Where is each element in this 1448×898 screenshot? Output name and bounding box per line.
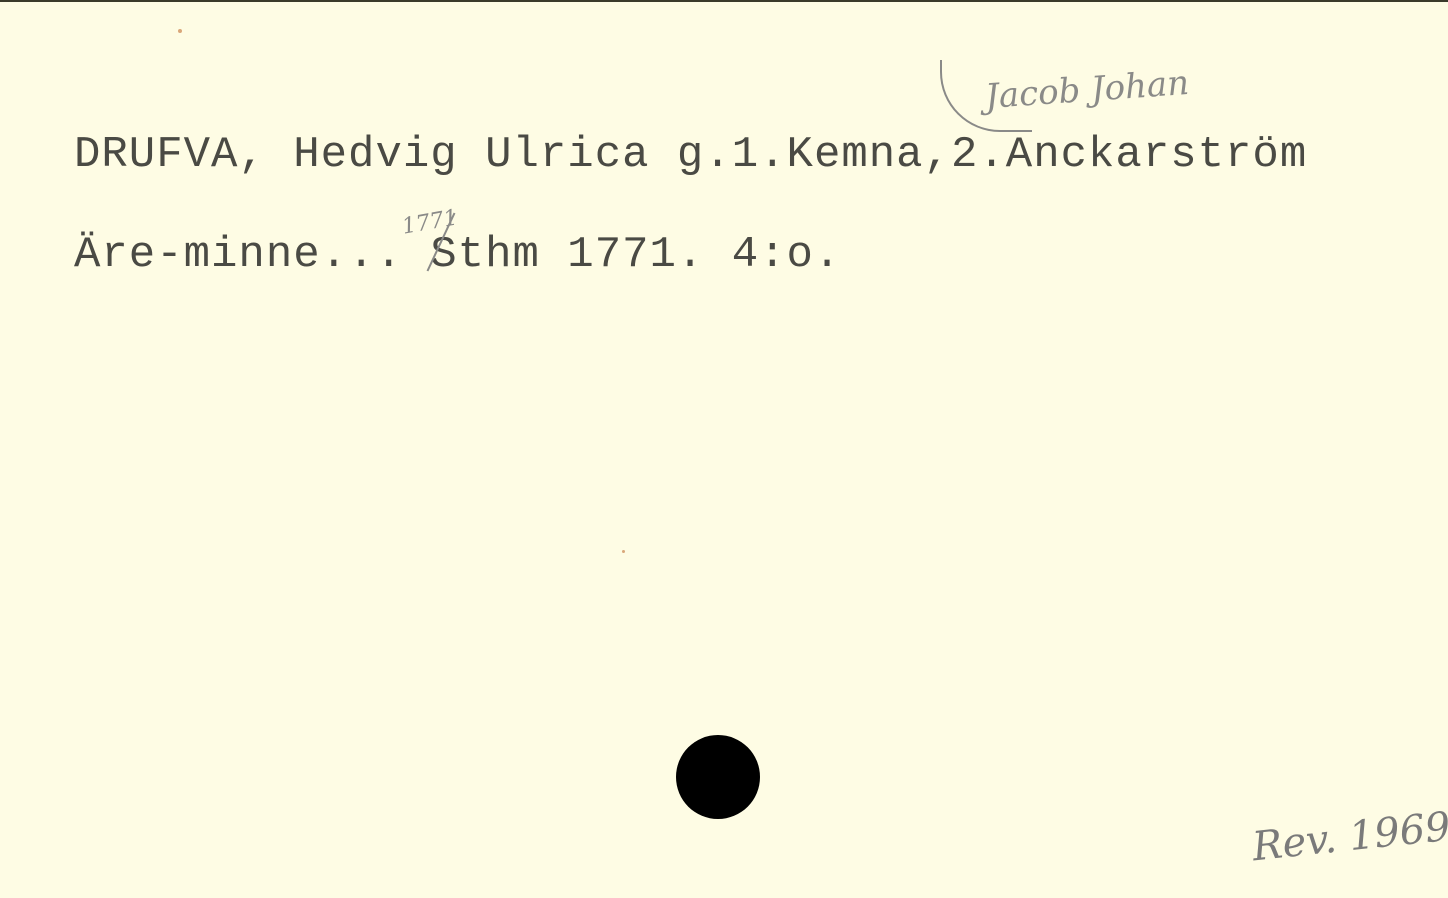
revision-note: Rev. 1969 bbox=[1250, 804, 1448, 871]
marriage-prefix: g.1. bbox=[677, 130, 787, 180]
work-title: Äre-minne... bbox=[74, 230, 403, 280]
title-line: Äre-minne... Sthm 1771. 4:o. bbox=[74, 230, 841, 280]
format: 4:o. bbox=[732, 230, 842, 280]
punch-hole bbox=[676, 735, 760, 819]
catalog-card: DRUFVA, Hedvig Ulrica g.1.Kemna,2.Anckar… bbox=[0, 0, 1448, 898]
paper-speck bbox=[178, 29, 182, 33]
second-marker: 2. bbox=[951, 130, 1006, 180]
second-spouse: Anckarström bbox=[1006, 130, 1307, 180]
author-surname: DRUFVA, bbox=[74, 130, 266, 180]
heading-line: DRUFVA, Hedvig Ulrica g.1.Kemna,2.Anckar… bbox=[74, 130, 1307, 180]
imprint: Sthm 1771. bbox=[430, 230, 704, 280]
paper-speck bbox=[622, 550, 625, 553]
author-given-names: Hedvig Ulrica bbox=[293, 130, 649, 180]
first-spouse: Kemna, bbox=[787, 130, 951, 180]
